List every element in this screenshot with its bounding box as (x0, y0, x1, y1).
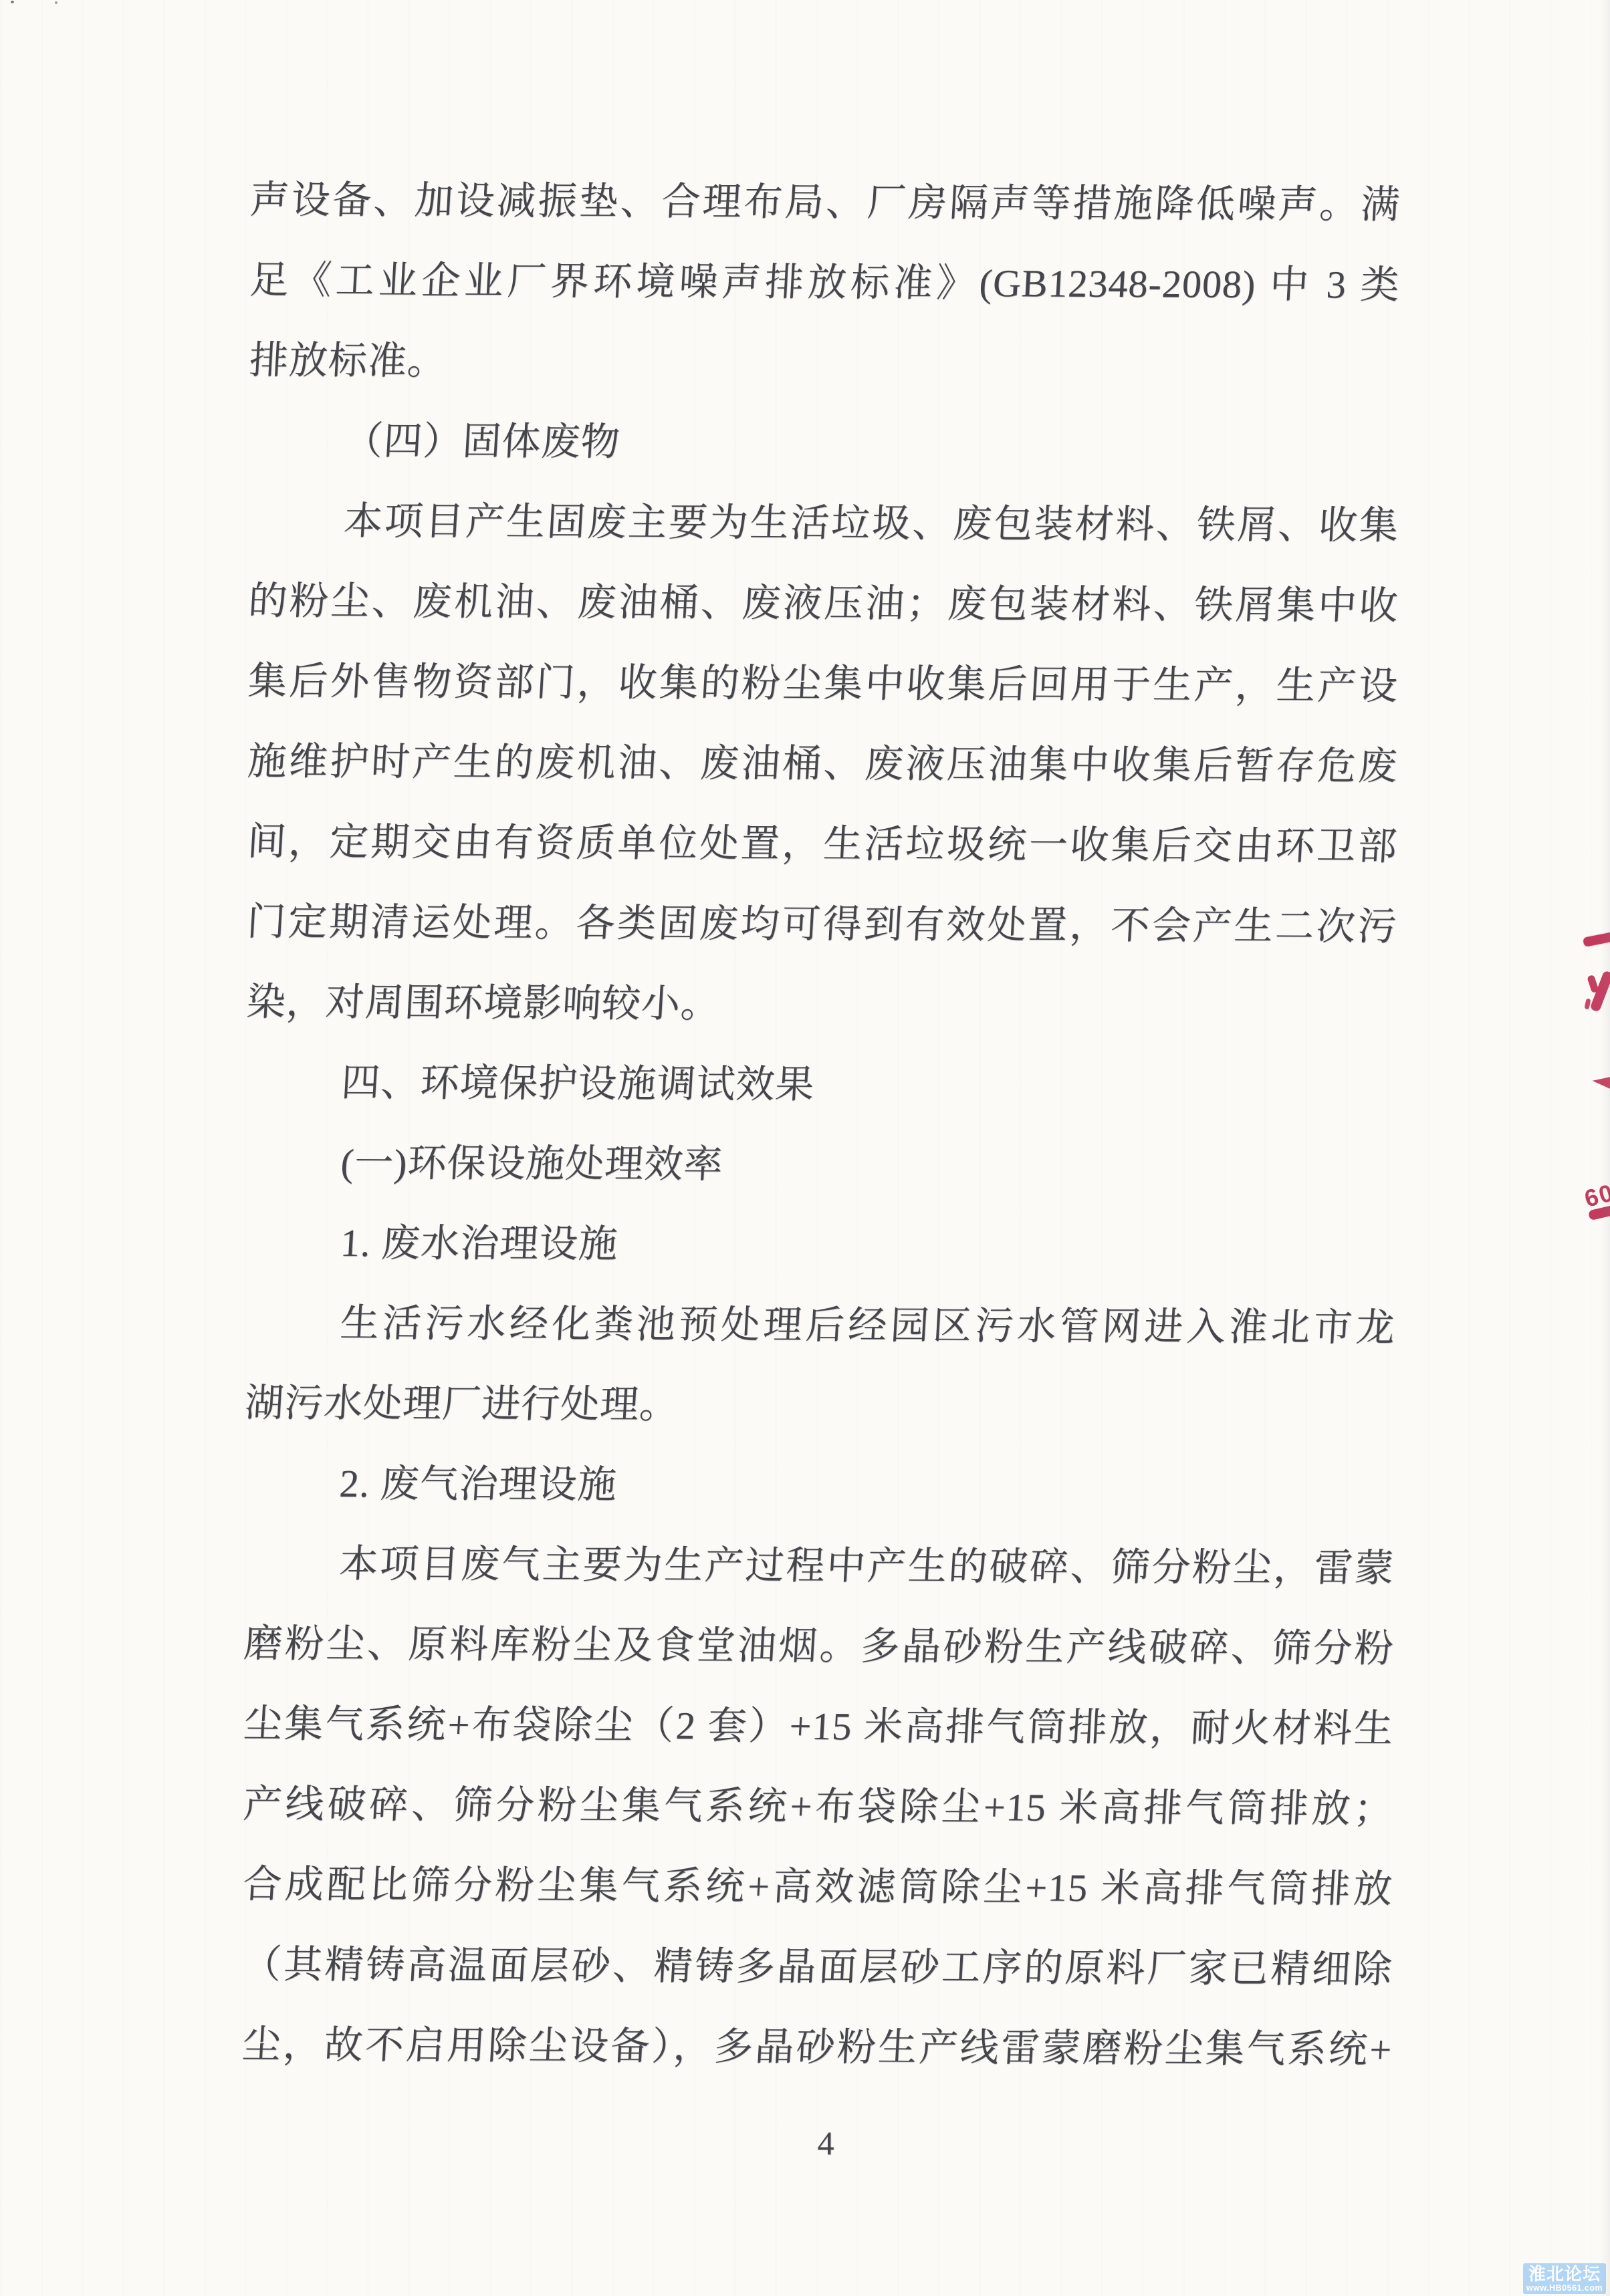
page-number: 4 (789, 2123, 862, 2163)
watermark-title: 淮北论坛 (1528, 2265, 1601, 2283)
text-line: 本项目产生固废主要为生活垃圾、废包装材料、铁屑、收集 (247, 481, 1401, 565)
text-line: （其精铸高温面层砂、精铸多晶面层砂工序的原料厂家已精细除 (240, 1924, 1395, 2009)
text-line: 合成配比筛分粉尘集气系统+高效滤筒除尘+15 米高排气筒排放 (241, 1844, 1395, 1929)
seal-serial-number: 60 (1581, 1178, 1610, 1213)
text-line: 湖污水处理厂进行处理。 (243, 1363, 1397, 1448)
seal-stroke-top-icon (1583, 931, 1610, 947)
document-text-block: 声设备、加设减振垫、合理布局、厂房隔声等措施降低噪声。满 足《工业企业厂界环境噪… (240, 160, 1399, 2089)
scan-speck (55, 1, 57, 4)
scanned-document-page: 声设备、加设减振垫、合理布局、厂房隔声等措施降低噪声。满 足《工业企业厂界环境噪… (0, 0, 1610, 2296)
seal-stroke-bottom-icon (1588, 1204, 1610, 1221)
text-line: 染，对周围环境影响较小。 (245, 962, 1399, 1047)
text-line: 本项目废气主要为生产过程中产生的破碎、筛分粉尘，雷蒙 (242, 1523, 1397, 1608)
text-line: 间，定期交由有资质单位处置，生活垃圾统一收集后交由环卫部 (245, 801, 1400, 886)
text-line: 尘，故不启用除尘设备），多晶砂粉生产线雷蒙磨粉尘集气系统+ (240, 2005, 1395, 2089)
text-line: 排放标准。 (247, 320, 1402, 405)
text-line: 尘集气系统+布袋除尘（2 套）+15 米高排气筒排放，耐火材料生 (241, 1684, 1396, 1769)
subsection-heading-waste-gas: 2. 废气治理设施 (242, 1443, 1397, 1528)
watermark-badge: 淮北论坛 www.HB0561.com (1523, 2263, 1606, 2294)
seal-character-fragment-icon (1584, 998, 1591, 1009)
text-line: 足《工业企业厂界环境噪声排放标准》(GB12348-2008) 中 3 类 (247, 240, 1402, 325)
text-line: 集后外售物资部门，收集的粉尘集中收集后回用于生产，生产设 (246, 641, 1401, 726)
section-heading-solid-waste: （四）固体废物 (247, 400, 1401, 485)
seal-character-fragment-icon (1587, 975, 1599, 993)
text-line: 生活污水经化粪池预处理后经园区污水管网进入淮北市龙 (243, 1283, 1397, 1368)
text-line: 声设备、加设减振垫、合理布局、厂房隔声等措施降低噪声。满 (248, 160, 1403, 245)
text-line: 磨粉尘、原料库粉尘及食堂油烟。多晶砂粉生产线破碎、筛分粉 (241, 1604, 1396, 1688)
text-line: 施维护时产生的废机油、废油桶、废液压油集中收集后暂存危废 (245, 721, 1400, 806)
subsection-heading-wastewater: 1. 废水治理设施 (243, 1202, 1398, 1287)
text-line: 门定期清运处理。各类固废均可得到有效处置，不会产生二次污 (245, 882, 1399, 967)
section-heading-efficiency: (一)环保设施处理效率 (243, 1122, 1398, 1207)
scan-speck (11, 1, 14, 3)
seal-character-fragment-icon (1589, 970, 1610, 1012)
text-line: 产线破碎、筛分粉尘集气系统+布袋除尘+15 米高排气筒排放； (241, 1764, 1395, 1849)
section-heading-chapter-4: 四、环境保护设施调试效果 (244, 1042, 1399, 1127)
seal-star-icon (1582, 1018, 1610, 1154)
watermark-url: www.HB0561.com (1526, 2283, 1603, 2293)
text-line: 的粉尘、废机油、废油桶、废液压油；废包装材料、铁屑集中收 (246, 561, 1401, 646)
